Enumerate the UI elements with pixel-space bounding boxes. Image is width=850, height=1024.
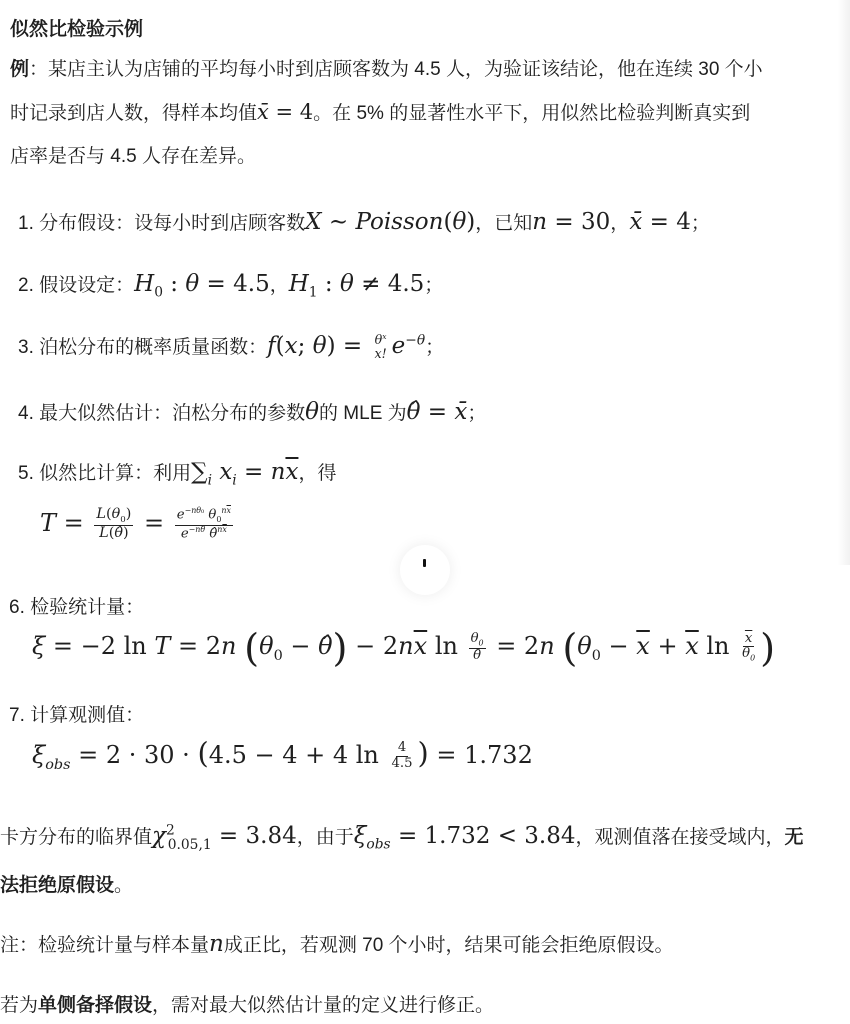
final-paragraph: 若为单侧备择假设，需对最大似然估计量的定义进行修正。 [0, 990, 494, 1017]
arrow-down-icon [423, 559, 426, 567]
scroll-to-bottom-button[interactable] [400, 545, 450, 595]
conclusion-line-2: 法拒绝原假设。 [0, 870, 133, 897]
observed-value-equation: ξobs = 2 · 30 · (4.5 − 4 + 4 ln 44.5) = … [32, 736, 533, 773]
step-3: 3. 泊松分布的概率质量函数：f(x; θ) = θxx!e−θ； [18, 332, 444, 361]
step-7: 7. 计算观测值： [9, 700, 144, 727]
example-label: 例 [10, 59, 29, 80]
step-2: 2. 假设设定：H0 : θ = 4.5，H1 : θ ≠ 4.5； [18, 270, 443, 301]
note-paragraph: 注：检验统计量与样本量n成正比，若观测 70 个小时，结果可能会拒绝原假设。 [0, 930, 674, 957]
step-5: 5. 似然比计算：利用∑i xi = nx，得 [18, 458, 336, 489]
likelihood-ratio-equation: T = L(θ0)L(θ̂) = e−nθ₀ θ0nxe−nθ̂ θ̂nx [40, 507, 236, 542]
step-1: 1. 分布假设：设每小时到店顾客数X ∼ Poisson(θ)，已知n = 30… [18, 208, 710, 235]
page-title: 似然比检验示例 [10, 14, 143, 41]
intro-paragraph: 例：某店主认为店铺的平均每小时到店顾客数为 4.5 人，为验证该结论，他在连续 … [10, 48, 840, 178]
conclusion-line-1: 卡方分布的临界值χ20.05,1 = 3.84，由于ξobs = 1.732 <… [0, 822, 804, 853]
test-statistic-equation: ξ = −2 ln T = 2n (θ0 − θ̂) − 2nx ln θ0θ̂… [32, 626, 775, 671]
step-4: 4. 最大似然估计：泊松分布的参数θ的 MLE 为θ̂ = x̄； [18, 398, 486, 425]
step-6: 6. 检验统计量： [9, 592, 144, 619]
